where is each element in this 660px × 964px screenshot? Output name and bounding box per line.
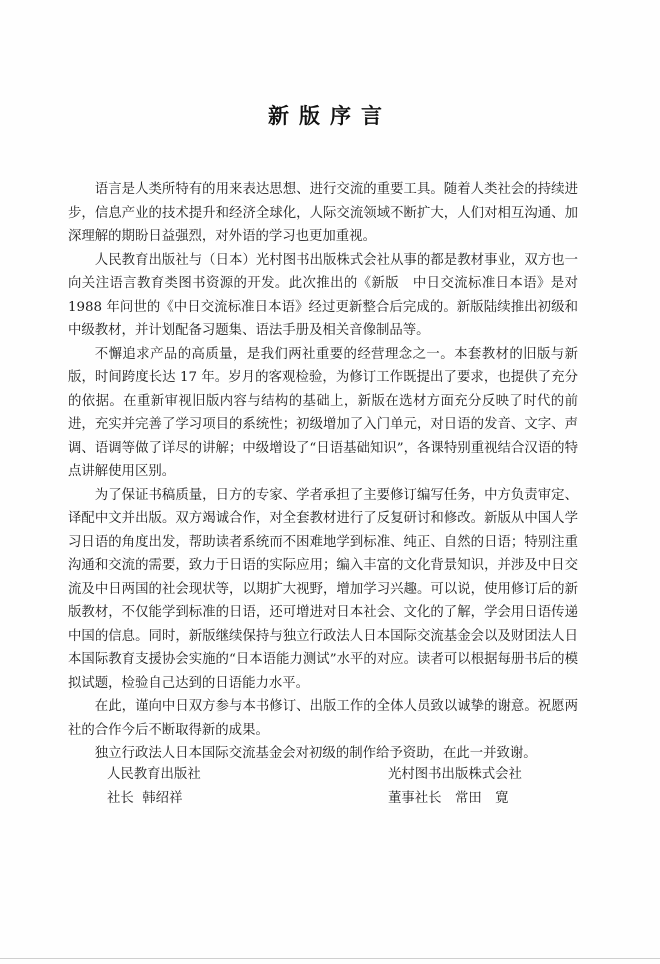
- paragraph-6: 独立行政法人日本国际交流基金会对初级的制作给予资助，在此一并致谢。: [68, 742, 578, 766]
- signature-left-person: 社长 韩绍祥: [107, 787, 201, 811]
- page-bottom-edge: [0, 958, 660, 959]
- document-page: 新版序言 语言是人类所特有的用来表达思想、进行交流的重要工具。随着人类社会的持续…: [0, 0, 660, 964]
- signature-right: 光村图书出版株式会社 董事社长 常田 寛: [388, 763, 522, 810]
- signature-left: 人民教育出版社 社长 韩绍祥: [107, 763, 201, 810]
- paragraph-4: 为了保证书稿质量，日方的专家、学者承担了主要修订编写任务，中方负责审定、译配中文…: [68, 484, 578, 696]
- paragraph-3: 不懈追求产品的高质量，是我们两社重要的经营理念之一。本套教材的旧版与新版，时间跨…: [68, 343, 578, 484]
- page-title: 新版序言: [0, 100, 660, 130]
- signature-right-organization: 光村图书出版株式会社: [388, 763, 522, 787]
- preface-body: 语言是人类所特有的用来表达思想、进行交流的重要工具。随着人类社会的持续进步，信息…: [68, 178, 578, 766]
- signature-right-person: 董事社长 常田 寛: [388, 787, 522, 811]
- paragraph-5: 在此，谨向中日双方参与本书修订、出版工作的全体人员致以诚挚的谢意。祝愿两社的合作…: [68, 695, 578, 742]
- paragraph-1: 语言是人类所特有的用来表达思想、进行交流的重要工具。随着人类社会的持续进步，信息…: [68, 178, 578, 249]
- paragraph-2: 人民教育出版社与（日本）光村图书出版株式会社从事的都是教材事业，双方也一向关注语…: [68, 249, 578, 343]
- signature-left-organization: 人民教育出版社: [107, 763, 201, 787]
